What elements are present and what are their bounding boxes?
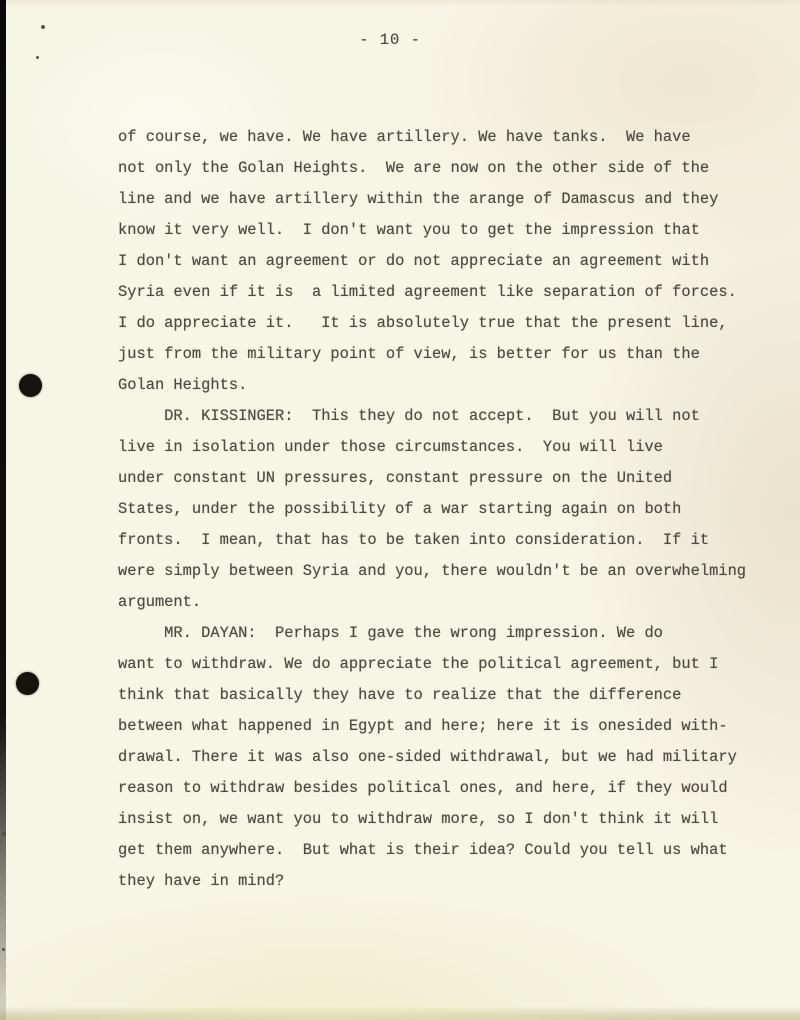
hole-punch-mark [16, 672, 39, 695]
text-line: not only the Golan Heights. We are now o… [118, 153, 788, 184]
text-line: I do appreciate it. It is absolutely tru… [118, 308, 788, 339]
text-line: States, under the possibility of a war s… [118, 494, 788, 525]
text-line: of course, we have. We have artillery. W… [118, 122, 788, 153]
document-text: of course, we have. We have artillery. W… [118, 122, 788, 897]
text-line: MR. DAYAN: Perhaps I gave the wrong impr… [118, 618, 788, 649]
hole-punch-mark [19, 374, 42, 397]
text-line: know it very well. I don't want you to g… [118, 215, 788, 246]
text-line: I don't want an agreement or do not appr… [118, 246, 788, 277]
text-line: they have in mind? [118, 866, 788, 897]
text-line: just from the military point of view, is… [118, 339, 788, 370]
dust-speck [2, 832, 6, 836]
text-line: were simply between Syria and you, there… [118, 556, 788, 587]
text-line: Golan Heights. [118, 370, 788, 401]
text-line: want to withdraw. We do appreciate the p… [118, 649, 788, 680]
text-line: reason to withdraw besides political one… [118, 773, 788, 804]
text-line: drawal. There it was also one-sided with… [118, 742, 788, 773]
text-line: Syria even if it is a limited agreement … [118, 277, 788, 308]
text-line: argument. [118, 587, 788, 618]
page-number: - 10 - [330, 31, 450, 49]
text-line: get them anywhere. But what is their ide… [118, 835, 788, 866]
dust-speck [2, 948, 5, 951]
text-line: insist on, we want you to withdraw more,… [118, 804, 788, 835]
text-line: fronts. I mean, that has to be taken int… [118, 525, 788, 556]
text-line: line and we have artillery within the ar… [118, 184, 788, 215]
text-line: DR. KISSINGER: This they do not accept. … [118, 401, 788, 432]
text-line: live in isolation under those circumstan… [118, 432, 788, 463]
scanned-document-page: - 10 - of course, we have. We have artil… [0, 0, 800, 1020]
scan-edge-strip [0, 0, 6, 1020]
text-line: under constant UN pressures, constant pr… [118, 463, 788, 494]
text-line: think that basically they have to realiz… [118, 680, 788, 711]
text-line: between what happened in Egypt and here;… [118, 711, 788, 742]
dust-speck [41, 25, 45, 29]
dust-speck [36, 56, 39, 59]
